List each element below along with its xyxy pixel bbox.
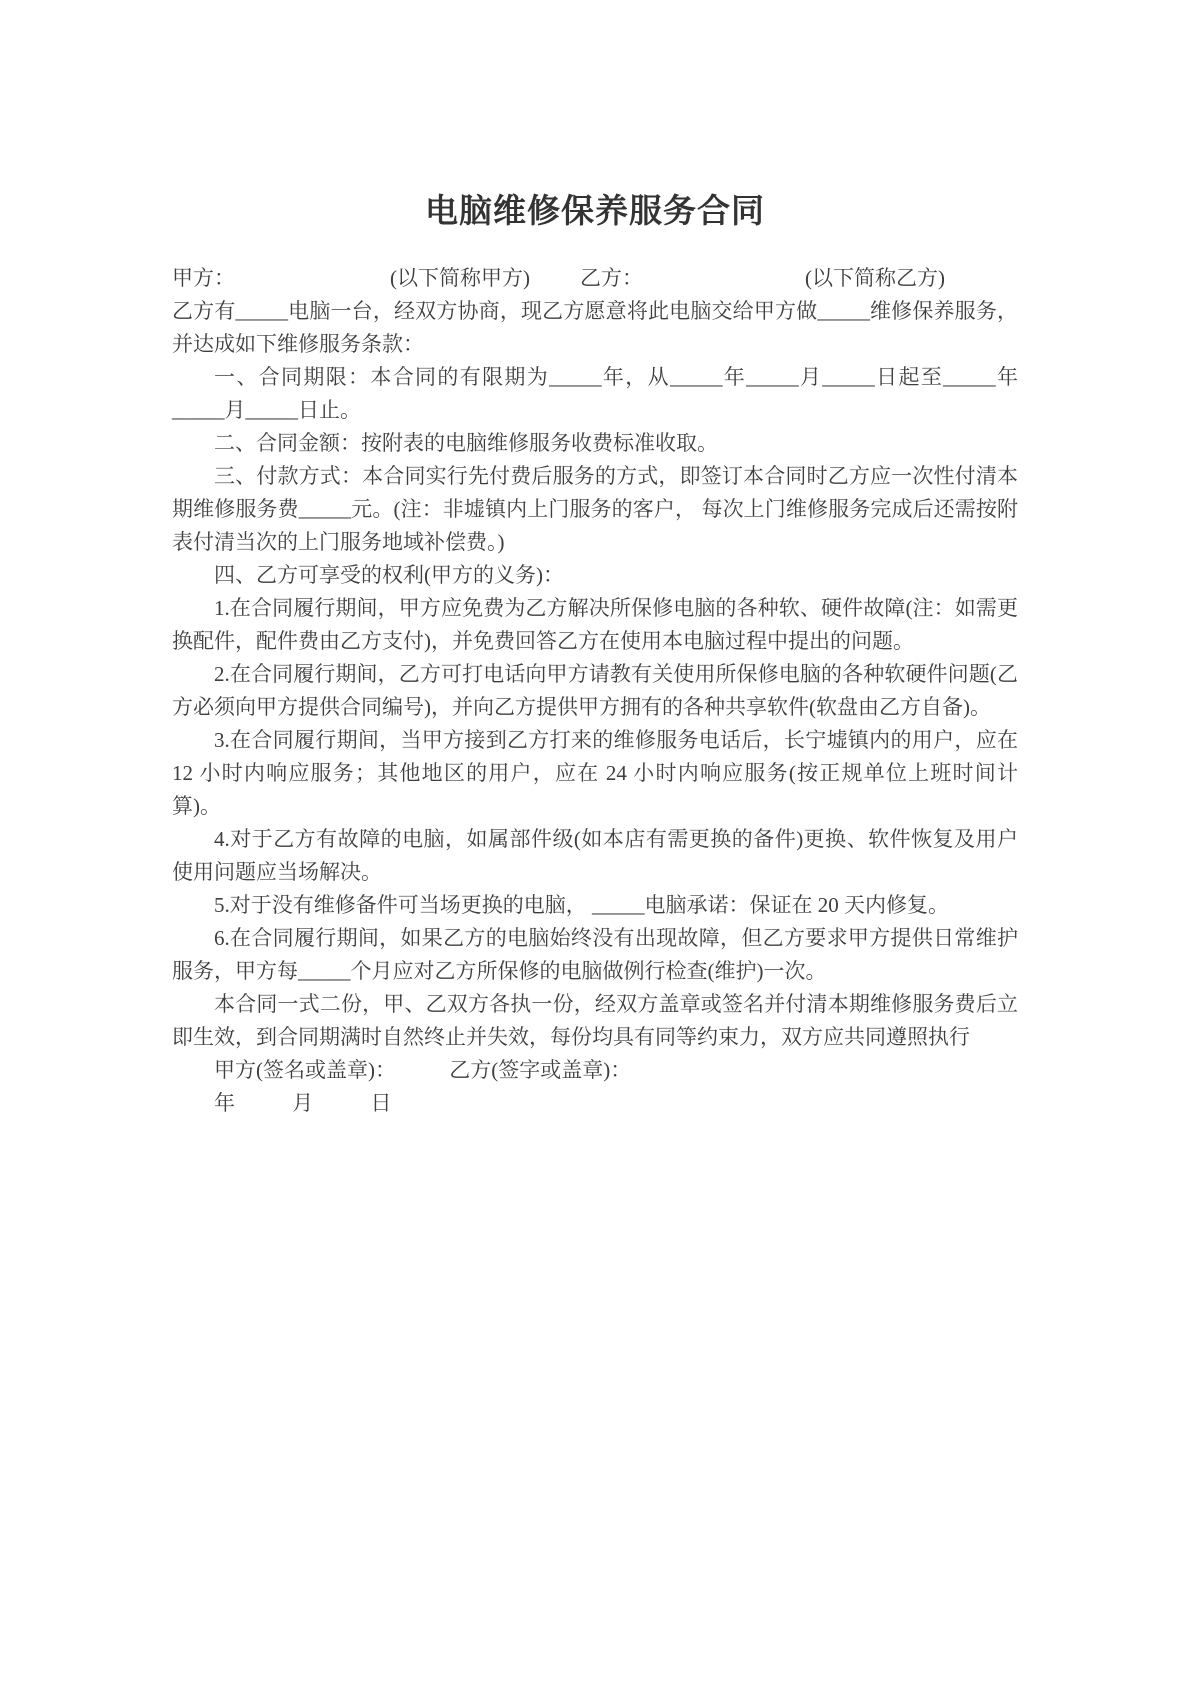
- party-b-note: (以下简称乙方): [805, 262, 945, 295]
- clause-4-item-1: 1.在合同履行期间，甲方应免费为乙方解决所保修电脑的各种软、硬件故障(注：如需更…: [172, 592, 1018, 658]
- clause-1-term: 一、合同期限：本合同的有限期为_____年，从_____年_____月_____…: [172, 361, 1018, 427]
- document-body: 甲方： (以下简称甲方) 乙方： (以下简称乙方) 乙方有_____电脑一台，经…: [172, 262, 1018, 1120]
- signature-row: 甲方(签名或盖章)： 乙方(签字或盖章)：: [172, 1054, 1018, 1087]
- party-a-note: (以下简称甲方): [390, 262, 530, 295]
- date-year-label: 年: [214, 1091, 235, 1115]
- clause-4-item-5: 5.对于没有维修备件可当场更换的电脑， _____电脑承诺：保证在 20 天内修…: [172, 889, 1018, 922]
- clause-4-rights-heading: 四、乙方可享受的权利(甲方的义务)：: [172, 559, 1018, 592]
- closing-paragraph: 本合同一式二份，甲、乙双方各执一份，经双方盖章或签名并付清本期维修服务费后立即生…: [172, 988, 1018, 1054]
- document-title: 电脑维修保养服务合同: [0, 0, 1190, 232]
- party-a-signature-label: 甲方(签名或盖章)：: [214, 1058, 396, 1082]
- clause-4-item-2: 2.在合同履行期间，乙方可打电话向甲方请教有关使用所保修电脑的各种软硬件问题(乙…: [172, 658, 1018, 724]
- clause-4-item-4: 4.对于乙方有故障的电脑，如属部件级(如本店有需更换的备件)更换、软件恢复及用户…: [172, 823, 1018, 889]
- party-a-label: 甲方：: [172, 262, 235, 295]
- date-row: 年 月 日: [172, 1087, 1018, 1120]
- date-month-label: 月: [292, 1091, 313, 1115]
- date-day-label: 日: [371, 1091, 392, 1115]
- clause-4-item-6: 6.在合同履行期间，如果乙方的电脑始终没有出现故障，但乙方要求甲方提供日常维护服…: [172, 922, 1018, 988]
- clause-3-payment: 三、付款方式：本合同实行先付费后服务的方式，即签订本合同时乙方应一次性付清本期维…: [172, 460, 1018, 559]
- clause-2-amount: 二、合同金额：按附表的电脑维修服务收费标准收取。: [172, 427, 1018, 460]
- intro-paragraph: 乙方有_____电脑一台，经双方协商，现乙方愿意将此电脑交给甲方做_____维修…: [172, 295, 1018, 361]
- party-b-label: 乙方：: [580, 262, 643, 295]
- contract-document-page: 电脑维修保养服务合同 甲方： (以下简称甲方) 乙方： (以下简称乙方) 乙方有…: [0, 0, 1190, 1683]
- party-b-signature-label: 乙方(签字或盖章)：: [449, 1058, 631, 1082]
- parties-row: 甲方： (以下简称甲方) 乙方： (以下简称乙方): [172, 262, 1018, 295]
- clause-4-item-3: 3.在合同履行期间，当甲方接到乙方打来的维修服务电话后，长宁墟镇内的用户，应在 …: [172, 724, 1018, 823]
